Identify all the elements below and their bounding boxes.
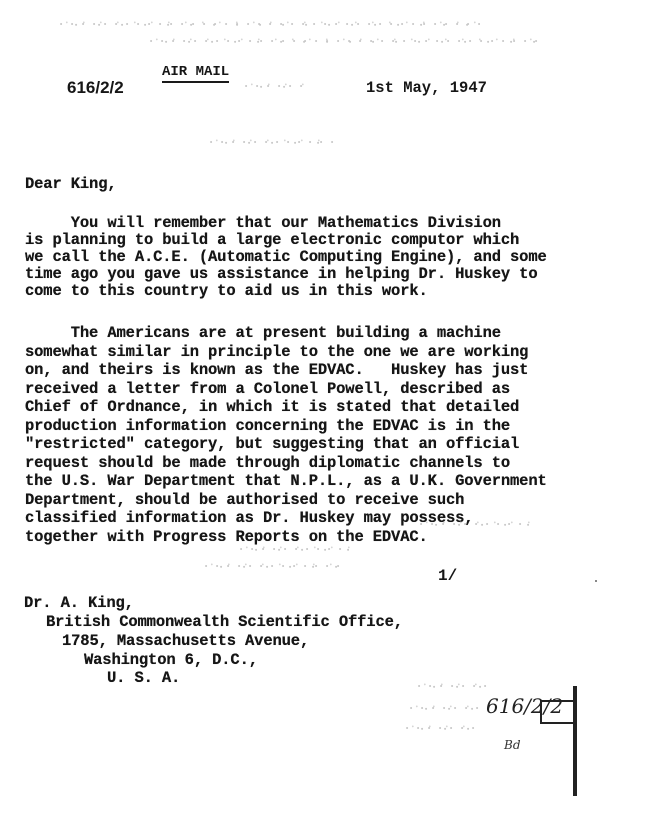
paragraph-line: we call the A.C.E. (Automatic Computing …	[25, 248, 547, 266]
speck	[595, 580, 597, 582]
paragraph-line: You will remember that our Mathematics D…	[25, 214, 501, 232]
bleed-through-noise	[210, 138, 335, 146]
paragraph-line: time ago you gave us assistance in helpi…	[25, 265, 538, 283]
address-line: British Commonwealth Scientific Office,	[46, 613, 403, 631]
stamp-faded-text	[418, 682, 488, 690]
paragraph-line: is planning to build a large electronic …	[25, 231, 519, 249]
stamp-box-mark	[540, 700, 576, 724]
address-line: 1785, Massachusetts Avenue,	[62, 632, 309, 650]
bleed-through-noise	[60, 20, 480, 28]
bleed-through-noise	[245, 82, 305, 90]
paragraph-line: on, and theirs is known as the EDVAC. Hu…	[25, 361, 528, 379]
file-reference: 616/2/2	[67, 78, 124, 98]
paragraph-line: the U.S. War Department that N.P.L., as …	[25, 472, 547, 490]
paragraph-line: "restricted" category, but suggesting th…	[25, 435, 519, 453]
bleed-through-noise	[205, 562, 345, 570]
letter-date: 1st May, 1947	[366, 79, 487, 97]
stamp-margin-bar	[573, 686, 577, 796]
paragraph-line: received a letter from a Colonel Powell,…	[25, 380, 510, 398]
paragraph-line: The Americans are at present building a …	[25, 324, 501, 342]
paragraph-line: request should be made through diplomati…	[25, 454, 510, 472]
address-line: U. S. A.	[107, 669, 180, 687]
paragraph-line: Chief of Ordnance, in which it is stated…	[25, 398, 519, 416]
paragraph-line: classified information as Dr. Huskey may…	[25, 509, 473, 527]
continuation-mark: 1/	[438, 567, 457, 585]
paragraph-line: somewhat similar in principle to the one…	[25, 343, 528, 361]
stamp-faded-text	[410, 704, 480, 712]
paragraph-line: production information concerning the ED…	[25, 417, 510, 435]
address-line: Dr. A. King,	[24, 594, 134, 612]
bleed-through-noise	[240, 545, 350, 553]
paragraph-line: Department, should be authorised to rece…	[25, 491, 464, 509]
registry-stamp: 616/2/2 Bd	[400, 668, 580, 768]
paragraph-line: together with Progress Reports on the ED…	[25, 528, 428, 546]
paragraph-line: come to this country to aid us in this w…	[25, 282, 428, 300]
handwritten-initials: Bd	[504, 738, 521, 752]
air-mail-label: AIR MAIL	[162, 64, 229, 83]
bleed-through-noise	[420, 520, 530, 528]
address-line: Washington 6, D.C.,	[84, 651, 258, 669]
stamp-faded-text	[406, 724, 476, 732]
letter-page: 616/2/2 AIR MAIL 1st May, 1947 Dear King…	[0, 0, 650, 836]
salutation: Dear King,	[25, 175, 117, 193]
bleed-through-noise	[150, 37, 545, 45]
